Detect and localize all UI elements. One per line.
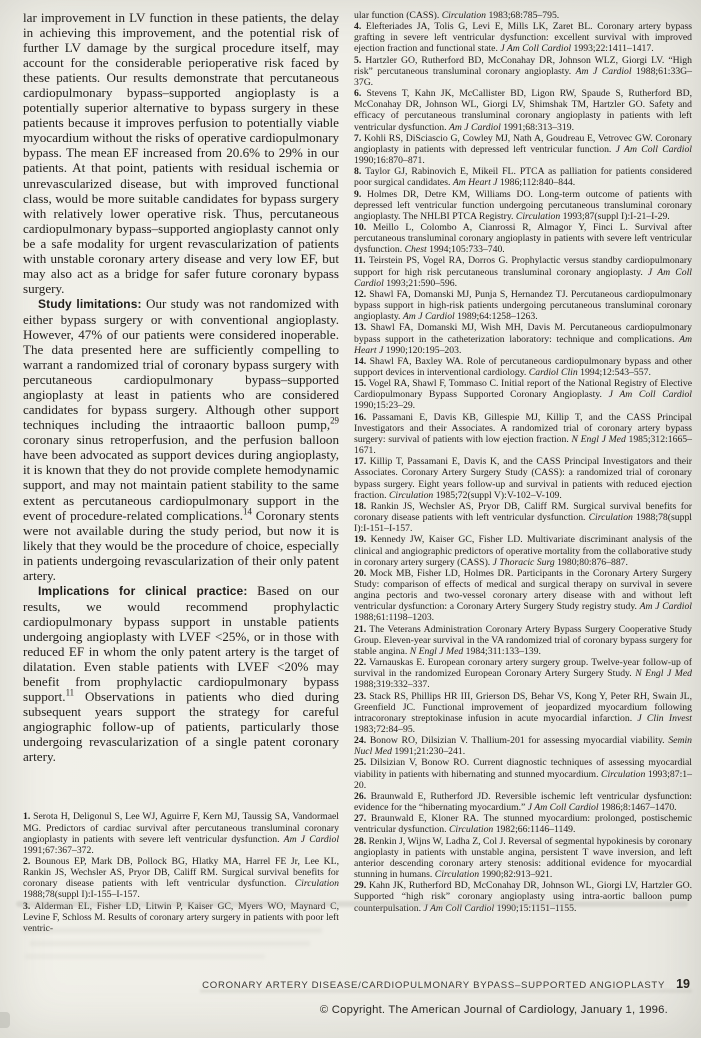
reference-item: 29. Kahn JK, Rutherford BD, McConahay DR… [354,880,692,913]
reference-item: 21. The Veterans Administration Coronary… [354,624,692,657]
reference-item: 7. Kohli RS, DiSciascio G, Cowley MJ, Na… [354,133,692,166]
reference-item: 10. Meillo L, Colombo A, Cianrossi R, Al… [354,222,692,255]
reference-number: 23. [354,691,366,702]
running-title: CORONARY ARTERY DISEASE/CARDIOPULMONARY … [202,980,665,991]
reference-number: 3. [23,901,30,912]
reference-number: 28. [354,836,366,847]
reference-number: 29. [354,880,366,891]
reference-item: 9. Holmes DR, Detre KM, Williams DO. Lon… [354,189,692,222]
reference-number: 26. [354,791,366,802]
reference-number: 6. [354,88,361,99]
reference-text: Bounous EP, Mark DB, Pollock BG, Hlatky … [23,856,339,900]
references-right-list: 4. Elefteriades JA, Tolis G, Levi E, Mil… [354,21,692,914]
reference-number: 16. [354,412,366,423]
reference-item: 3. Alderman EL, Fisher LD, Litwin P, Kai… [23,901,339,934]
reference-item: 24. Bonow RO, Dilsizian V. Thallium-201 … [354,735,692,757]
references-left: 1. Serota H, Deligonul S, Lee WJ, Aguirr… [23,811,339,934]
scan-edge-mark [0,1012,10,1028]
reference-number: 13. [354,322,366,333]
reference-item: 5. Hartzler GO, Rutherford BD, McConahay… [354,55,692,88]
reference-item: 27. Braunwald E, Kloner RA. The stunned … [354,813,692,835]
reference-text: The Veterans Administration Coronary Art… [354,624,692,657]
reference-number: 20. [354,568,366,579]
reference-text: Hartzler GO, Rutherford BD, McConahay DR… [354,55,692,88]
reference-number: 12. [354,289,366,300]
reference-text: Stevens T, Kahn JK, McCallister BD, Ligo… [354,88,692,132]
reference-item: 28. Renkin J, Wijns W, Ladha Z, Col J. R… [354,836,692,881]
reference-number: 18. [354,501,366,512]
reference-text: Stack RS, Phillips HR III, Grierson DS, … [354,691,692,735]
reference-text: Mock MB, Fisher LD, Holmes DR. Participa… [354,568,692,624]
left-column: lar improvement in LV function in these … [23,10,339,934]
reference-text: Teirstein PS, Vogel RA, Dorros G. Prophy… [354,255,692,288]
reference-continuation: ular function (CASS). Circulation 1983;6… [354,10,692,21]
reference-text: Shawl FA, Domanski MJ, Wish MH, Davis M.… [354,322,692,355]
reference-text: Kohli RS, DiSciascio G, Cowley MJ, Nath … [354,133,692,166]
reference-item: 2. Bounous EP, Mark DB, Pollock BG, Hlat… [23,856,339,901]
journal-page: lar improvement in LV function in these … [0,0,701,1038]
reference-text: Serota H, Deligonul S, Lee WJ, Aguirre F… [23,811,339,855]
discussion-text: lar improvement in LV function in these … [23,10,339,764]
reference-number: 14. [354,356,366,367]
reference-item: 15. Vogel RA, Shawl F, Tommaso C. Initia… [354,378,692,411]
reference-text: Varnauskas E. European coronary artery s… [354,657,692,690]
page-number: 19 [676,977,690,991]
reference-item: 12. Shawl FA, Domanski MJ, Punja S, Hern… [354,289,692,322]
reference-text: Killip T, Passamani E, Davis K, and the … [354,456,692,500]
reference-item: 6. Stevens T, Kahn JK, McCallister BD, L… [354,88,692,133]
reference-item: 23. Stack RS, Phillips HR III, Grierson … [354,691,692,736]
right-column: ular function (CASS). Circulation 1983;6… [354,10,692,934]
reference-item: 16. Passamani E, Davis KB, Gillespie MJ,… [354,412,692,457]
reference-item: 26. Braunwald E, Rutherford JD. Reversib… [354,791,692,813]
reference-number: 10. [354,222,366,233]
reference-number: 2. [23,856,30,867]
reference-number: 5. [354,55,361,66]
reference-item: 1. Serota H, Deligonul S, Lee WJ, Aguirr… [23,811,339,856]
copyright-line: © Copyright. The American Journal of Car… [320,1004,668,1016]
reference-text: Meillo L, Colombo A, Cianrossi R, Almago… [354,222,692,255]
reference-text: Elefteriades JA, Tolis G, Levi E, Mills … [354,21,692,54]
reference-item: 11. Teirstein PS, Vogel RA, Dorros G. Pr… [354,255,692,288]
reference-text: Holmes DR, Detre KM, Williams DO. Long-t… [354,189,692,222]
reference-number: 9. [354,189,361,200]
reference-number: 8. [354,166,361,177]
reference-item: 17. Killip T, Passamani E, Davis K, and … [354,456,692,501]
reference-text: Rankin JS, Wechsler AS, Pryor DB, Califf… [354,501,692,534]
reference-number: 27. [354,813,366,824]
reference-number: 4. [354,21,361,32]
two-column-layout: lar improvement in LV function in these … [23,10,692,934]
body-paragraph: Study limitations: Our study was not ran… [23,296,339,583]
running-footer: CORONARY ARTERY DISEASE/CARDIOPULMONARY … [202,977,690,991]
reference-text: Bonow RO, Dilsizian V. Thallium-201 for … [354,735,692,757]
reference-number: 7. [354,133,361,144]
reference-number: 19. [354,534,366,545]
reference-item: 14. Shawl FA, Baxley WA. Role of percuta… [354,356,692,378]
reference-number: 1. [23,811,30,822]
reference-number: 21. [354,624,366,635]
reference-item: 19. Kennedy JW, Kaiser GC, Fisher LD. Mu… [354,534,692,567]
reference-number: 11. [354,255,366,266]
reference-item: 8. Taylor GJ, Rabinovich E, Mikeil FL. P… [354,166,692,188]
reference-item: 25. Dilsizian V, Bonow RO. Current diagn… [354,757,692,790]
show-through-ghost-text [25,954,265,959]
reference-item: 18. Rankin JS, Wechsler AS, Pryor DB, Ca… [354,501,692,534]
reference-item: 4. Elefteriades JA, Tolis G, Levi E, Mil… [354,21,692,54]
reference-text: Braunwald E, Rutherford JD. Reversible i… [354,791,692,813]
reference-text: Renkin J, Wijns W, Ladha Z, Col J. Rever… [354,836,692,880]
reference-number: 22. [354,657,366,668]
reference-text: Shawl FA, Baxley WA. Role of percutaneou… [354,356,692,378]
reference-item: 22. Varnauskas E. European coronary arte… [354,657,692,690]
reference-text: Shawl FA, Domanski MJ, Punja S, Hernande… [354,289,692,322]
body-paragraph: Implications for clinical practice: Base… [23,583,339,765]
reference-text: Braunwald E, Kloner RA. The stunned myoc… [354,813,692,835]
reference-number: 15. [354,378,366,389]
reference-text: Kennedy JW, Kaiser GC, Fisher LD. Multiv… [354,534,692,567]
references-right: ular function (CASS). Circulation 1983;6… [354,10,692,914]
reference-text: Alderman EL, Fisher LD, Litwin P, Kaiser… [23,901,339,934]
reference-text: Kahn JK, Rutherford BD, McConahay DR, Jo… [354,880,692,913]
reference-text: Dilsizian V, Bonow RO. Current diagnosti… [354,757,692,790]
reference-number: 17. [354,456,366,467]
show-through-ghost-text [30,941,310,946]
reference-text: Taylor GJ, Rabinovich E, Mikeil FL. PTCA… [354,166,692,188]
reference-number: 25. [354,757,366,768]
body-paragraph: lar improvement in LV function in these … [23,10,339,296]
reference-text: Passamani E, Davis KB, Gillespie MJ, Kil… [354,412,692,456]
reference-item: 13. Shawl FA, Domanski MJ, Wish MH, Davi… [354,322,692,355]
reference-item: 20. Mock MB, Fisher LD, Holmes DR. Parti… [354,568,692,624]
reference-text: Vogel RA, Shawl F, Tommaso C. Initial re… [354,378,692,411]
reference-number: 24. [354,735,366,746]
